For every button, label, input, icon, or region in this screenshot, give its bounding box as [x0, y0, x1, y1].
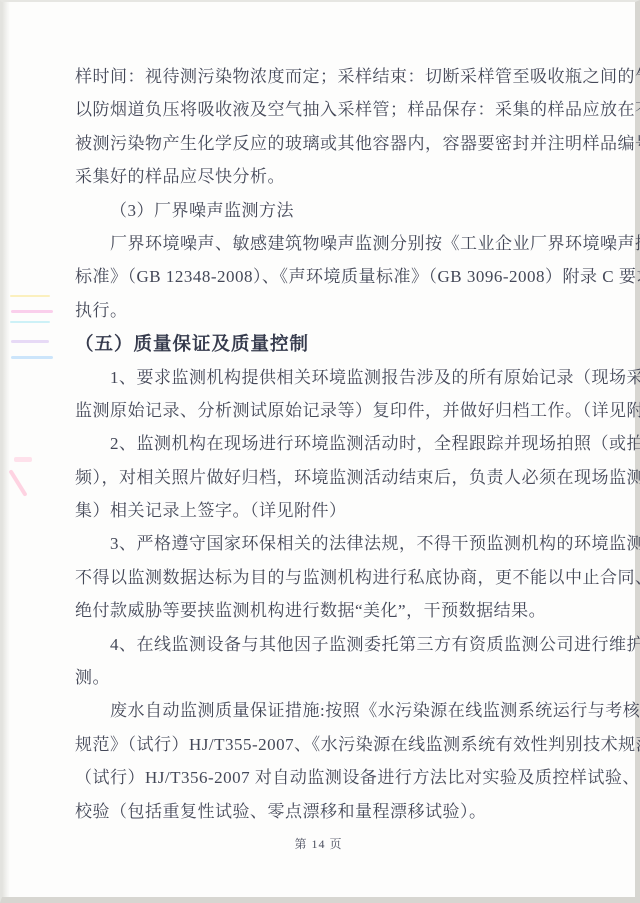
scan-edge-shade — [2, 2, 10, 897]
subsection-title: （3）厂界噪声监测方法 — [75, 194, 565, 227]
page-number: 第 14 页 — [2, 835, 635, 852]
document-line: 不得以监测数据达标为目的与监测机构进行私底协商，更不能以中止合同、拒 — [75, 561, 565, 594]
document-line: 样时间：视待测污染物浓度而定；采样结束：切断采样管至吸收瓶之间的气路， — [75, 60, 565, 93]
document-line: 绝付款威胁等要挟监测机构进行数据“美化”，干预数据结果。 — [75, 594, 565, 627]
document-line: 集）相关记录上签字。（详见附件） — [75, 494, 565, 527]
document-line: 4、在线监测设备与其他因子监测委托第三方有资质监测公司进行维护和监 — [75, 628, 565, 661]
scan-artifact — [11, 340, 49, 343]
document-body: 样时间：视待测污染物浓度而定；采样结束：切断采样管至吸收瓶之间的气路， 以防烟道… — [75, 60, 565, 828]
document-line: 规范》（试行）HJ/T355-2007、《水污染源在线监测系统有效性判别技术规范… — [75, 728, 565, 761]
document-line: 1、要求监测机构提供相关环境监测报告涉及的所有原始记录（现场采样、 — [75, 361, 565, 394]
document-line: 频），对相关照片做好归档，环境监测活动结束后，负责人必须在现场监测（采 — [75, 461, 565, 494]
scan-artifact — [11, 310, 53, 313]
document-line: 测。 — [75, 661, 565, 694]
document-line: 以防烟道负压将吸收液及空气抽入采样管；样品保存：采集的样品应放在不与 — [75, 93, 565, 126]
scan-artifact — [10, 321, 50, 323]
scan-artifact — [10, 295, 50, 297]
document-line: 3、严格遵守国家环保相关的法律法规，不得干预监测机构的环境监测活动， — [75, 527, 565, 560]
scan-artifact — [14, 457, 32, 462]
document-line: （试行）HJ/T356-2007 对自动监测设备进行方法比对实验及质控样试验、现… — [75, 761, 565, 794]
document-line: 采集好的样品应尽快分析。 — [75, 160, 565, 193]
document-line: 监测原始记录、分析测试原始记录等）复印件，并做好归档工作。（详见附件） — [75, 394, 565, 427]
document-line: 执行。 — [75, 294, 565, 327]
document-line: 被测污染物产生化学反应的玻璃或其他容器内，容器要密封并注明样品编号， — [75, 127, 565, 160]
document-line: 厂界环境噪声、敏感建筑物噪声监测分别按《工业企业厂界环境噪声排放 — [75, 227, 565, 260]
section-heading: （五）质量保证及质量控制 — [75, 327, 565, 360]
scan-artifact — [8, 469, 27, 497]
scan-artifact — [11, 356, 53, 359]
document-line: 废水自动监测质量保证措施:按照《水污染源在线监测系统运行与考核技术 — [75, 694, 565, 727]
document-line: 2、监测机构在现场进行环境监测活动时，全程跟踪并现场拍照（或拍摄视 — [75, 427, 565, 460]
document-line: 校验（包括重复性试验、零点漂移和量程漂移试验）。 — [75, 795, 565, 828]
document-page: 样时间：视待测污染物浓度而定；采样结束：切断采样管至吸收瓶之间的气路， 以防烟道… — [0, 0, 640, 903]
document-line: 标准》（GB 12348-2008）、《声环境质量标准》（GB 3096-200… — [75, 260, 565, 293]
